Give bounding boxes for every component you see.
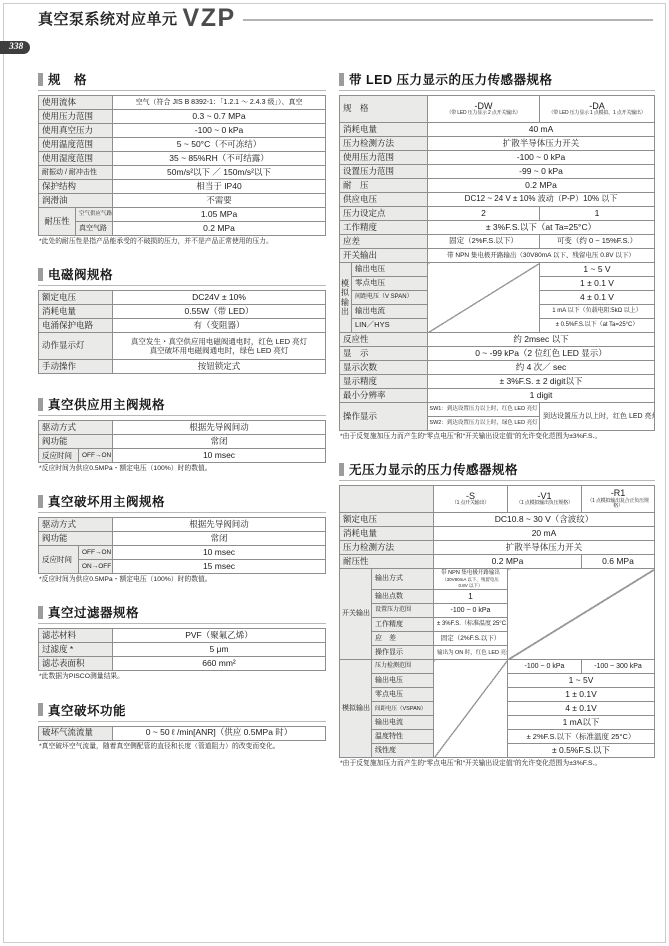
row-value: 50m/s²以下 ／ 150m/s²以下 <box>113 166 326 180</box>
group-label-analog-output: 模拟输出 <box>340 660 372 758</box>
section-bar-icon <box>38 398 43 411</box>
row-value: 约 4 次／ sec <box>428 361 655 375</box>
row-label: 操作显示 <box>340 403 428 431</box>
table-row: 使用流体空气（符合 JIS B 8392-1：「1.2.1 ～ 2.4.3 级」… <box>39 96 326 110</box>
row-label: 应差 <box>340 235 428 249</box>
row-label: 显 示 <box>340 347 428 361</box>
page-title: 真空泵系统对应单元 <box>38 11 178 29</box>
row-label: 使用压力范围 <box>39 110 113 124</box>
section-bar-icon <box>339 463 344 476</box>
row-value: 根据先导阀间动 <box>113 421 326 435</box>
row-value: 5 μm <box>113 643 326 657</box>
table-row: 耐压性0.2 MPa0.6 MPa <box>340 555 655 569</box>
output-method-line: （30V80mA 以下，残留电压 0.8V 以下） <box>437 577 504 588</box>
column-header-v1: -V1（1 点模拟输出负压规格） <box>508 486 582 513</box>
row-label: 使用温度范围 <box>39 138 113 152</box>
row-value-sv: 0.2 MPa <box>434 555 582 569</box>
row-value: 1 ~ 5V <box>508 674 655 688</box>
row-value: 1 ± 0.1V <box>508 688 655 702</box>
row-value: 1 mA以下 <box>508 716 655 730</box>
row-label: 显示次数 <box>340 361 428 375</box>
row-label: 使用真空压力 <box>39 124 113 138</box>
row-value-dw: 固定（2%F.S.以下） <box>428 235 540 249</box>
row-value: 10 msec <box>113 546 326 560</box>
row-value: 扩散半导体压力开关 <box>434 541 655 555</box>
row-value-r1: -100 ~ 300 kPa <box>582 660 655 674</box>
table-row: 设置压力范围-99 ~ 0 kPa <box>340 165 655 179</box>
group-label-switch-output: 开关输出 <box>340 569 372 660</box>
row-value: 相当于 IP40 <box>113 180 326 194</box>
section-title: 真空破坏用主阀规格 <box>48 492 165 510</box>
row-label: 间距电压（V SPAN） <box>352 291 428 305</box>
row-label: 零点电压 <box>372 688 434 702</box>
row-value: PVF（聚氟乙烯） <box>113 629 326 643</box>
table-row: 消耗电量20 mA <box>340 527 655 541</box>
not-applicable-cell <box>508 569 655 660</box>
row-label: 操作显示 <box>372 646 434 660</box>
row-label: 压力设定点 <box>340 207 428 221</box>
row-value-s: 输出为 ON 时，红色 LED 亮灯 <box>434 646 508 660</box>
model-sublabel: （带 LED 压力显示 1 点模拟、1 点开关输出） <box>543 111 651 117</box>
row-label: 驱动方式 <box>39 518 113 532</box>
row-value: DC24V ± 10% <box>113 291 326 305</box>
table-row: 真空气路0.2 MPa <box>39 222 326 236</box>
table-row: 压力设定点21 <box>340 207 655 221</box>
row-label: 滤芯材料 <box>39 629 113 643</box>
group-label-analog-output: 模拟输出 <box>340 263 352 333</box>
row-label: 输出点数 <box>372 590 434 604</box>
table-row: 电涌保护电路有（变阻器） <box>39 319 326 333</box>
model-sublabel: （1 点开关输出） <box>437 501 504 507</box>
section-header-spec: 规 格 <box>38 70 326 91</box>
not-applicable-cell <box>434 660 508 758</box>
table-row: 额定电压DC24V ± 10% <box>39 291 326 305</box>
output-method-line: 带 NPN 集电极开路输出 <box>437 570 504 577</box>
column-header-s: -S（1 点开关输出） <box>434 486 508 513</box>
row-label: 保护结构 <box>39 180 113 194</box>
section-bar-icon <box>38 73 43 86</box>
row-value: ± 3%F.S. ± 2 digit以下 <box>428 375 655 389</box>
row-value: 不需要 <box>113 194 326 208</box>
row-value: 常闭 <box>113 532 326 546</box>
footnote: *反应时间为供应0.5MPa・额定电压（100%）时的数值。 <box>39 576 326 584</box>
row-label: 输出电流 <box>352 305 428 319</box>
row-value: 有（变阻器） <box>113 319 326 333</box>
table-row: 压力检测方法扩散半导体压力开关 <box>340 137 655 151</box>
row-value-da: 可变（约 0 ~ 15%F.S.） <box>540 235 655 249</box>
page-number-badge: 338 <box>0 41 30 54</box>
table-row: 耐压性空气供应气路1.05 MPa <box>39 208 326 222</box>
section-bar-icon <box>38 703 43 716</box>
row-label: 使用湿度范围 <box>39 152 113 166</box>
table-row: 模拟输出 输出电压 1 ~ 5 V <box>340 263 655 277</box>
model-sublabel: （1 点模拟输出负压规格） <box>511 501 578 507</box>
row-label: 手动操作 <box>39 360 113 374</box>
row-label: 温度特性 <box>372 730 434 744</box>
table-row: 保护结构相当于 IP40 <box>39 180 326 194</box>
row-value: 1 digit <box>428 389 655 403</box>
row-value: 15 msec <box>113 560 326 574</box>
table-row: 滤芯表面积660 mm² <box>39 657 326 671</box>
row-value-s: 带 NPN 集电极开路输出 （30V80mA 以下，残留电压 0.8V 以下） <box>434 569 508 590</box>
section-title: 电磁阀规格 <box>48 265 113 283</box>
table-row: 驱动方式根据先导阀间动 <box>39 421 326 435</box>
indicator-line: 真空破坏用电磁阀通电时，绿色 LED 亮灯 <box>116 346 322 355</box>
row-label: 润滑油 <box>39 194 113 208</box>
column-header: 规 格 <box>340 96 428 123</box>
footnote: *反应时间为供应0.5MPa・额定电压（100%）时的数值。 <box>39 465 326 473</box>
row-value: 4 ± 0.1V <box>508 702 655 716</box>
section-header-supply-valve: 真空供应用主阀规格 <box>38 395 326 416</box>
left-column: 规 格 使用流体空气（符合 JIS B 8392-1：「1.2.1 ～ 2.4.… <box>38 70 326 787</box>
row-value: 4 ± 0.1 V <box>540 291 655 305</box>
footnote: *由于反复施加压力而产生的“零点电压”和“开关输出设定值”的允许变化范围为±3%… <box>340 433 655 441</box>
row-label: 耐压性 <box>340 555 434 569</box>
row-label: 阀功能 <box>39 435 113 449</box>
row-value: 常闭 <box>113 435 326 449</box>
footnote: *真空破坏空气流量，随着真空侧配管的直径和长度（管道阻力）的改变而变化。 <box>39 743 326 751</box>
row-value: 0.2 MPa <box>113 222 326 236</box>
table-row: 滤芯材料PVF（聚氟乙烯） <box>39 629 326 643</box>
row-label: 工作精度 <box>340 221 428 235</box>
row-label: 动作显示灯 <box>39 333 113 360</box>
row-label: 设置压力范围 <box>340 165 428 179</box>
row-label: 驱动方式 <box>39 421 113 435</box>
table-row: 反应时间OFF→ON10 msec <box>39 449 326 463</box>
row-label: 工作精度 <box>372 618 434 632</box>
row-label: 输出电压 <box>372 674 434 688</box>
table-row: 压力检测方法扩散半导体压力开关 <box>340 541 655 555</box>
section-title: 带 LED 压力显示的压力传感器规格 <box>349 70 552 88</box>
table-row: 阀功能常闭 <box>39 435 326 449</box>
row-value-dw: SW1：到达设置压力以上时，红色 LED 亮灯 SW2：到达设置压力以上时，绿色… <box>428 403 540 431</box>
row-value: 带 NPN 集电极开路输出（30V80mA 以下、残留电压 0.8V 以下） <box>428 249 655 263</box>
right-column: 带 LED 压力显示的压力传感器规格 规 格 -DW（带 LED 压力显示 2 … <box>339 70 655 787</box>
row-sublabel: 空气供应气路 <box>76 208 113 222</box>
row-label: 阀功能 <box>39 532 113 546</box>
break-function-table: 破坏气流流量0 ~ 50 ℓ /min[ANR]（供应 0.5MPa 时） <box>38 726 326 741</box>
section-header-plain-sensor: 无压力显示的压力传感器规格 <box>339 460 655 481</box>
row-value-v1: -100 ~ 0 kPa <box>508 660 582 674</box>
filter-table: 滤芯材料PVF（聚氟乙烯） 过滤度 *5 μm 滤芯表面积660 mm² <box>38 628 326 671</box>
row-label: 线性度 <box>372 744 434 758</box>
led-sensor-table: 规 格 -DW（带 LED 压力显示 2 点开关输出） -DA（带 LED 压力… <box>339 95 655 431</box>
row-value: DC12 ~ 24 V ± 10% 波动（P-P）10% 以下 <box>428 193 655 207</box>
page-header: 真空泵系统对应单元 VZP <box>38 8 653 29</box>
table-row: 消耗电量0.55W（带 LED） <box>39 305 326 319</box>
table-row: 最小分辨率1 digit <box>340 389 655 403</box>
row-value: 20 mA <box>434 527 655 541</box>
row-value: 0 ~ -99 kPa（2 位红色 LED 显示） <box>428 347 655 361</box>
row-value: ± 3%F.S.以下（at Ta=25°C） <box>428 221 655 235</box>
table-row: 消耗电量40 mA <box>340 123 655 137</box>
table-row: 使用温度范围5 ~ 50°C（不可冻结） <box>39 138 326 152</box>
table-row: 应差固定（2%F.S.以下）可变（约 0 ~ 15%F.S.） <box>340 235 655 249</box>
row-value-s: 1 <box>434 590 508 604</box>
row-label: 使用压力范围 <box>340 151 428 165</box>
row-label: 滤芯表面积 <box>39 657 113 671</box>
row-value-s: -100 ~ 0 kPa <box>434 604 508 618</box>
sw1-indication: SW1：到达设置压力以上时，红色 LED 亮灯 <box>428 403 539 417</box>
section-header-led-sensor: 带 LED 压力显示的压力传感器规格 <box>339 70 655 91</box>
footnote: *由于反复施加压力而产生的“零点电压”和“开关输出设定值”的允许变化范围为±3%… <box>340 760 655 768</box>
row-value-dw: 2 <box>428 207 540 221</box>
row-value: 根据先导阀间动 <box>113 518 326 532</box>
table-row: 模拟输出 压力检测范围 -100 ~ 0 kPa -100 ~ 300 kPa <box>340 660 655 674</box>
row-value: 660 mm² <box>113 657 326 671</box>
row-label: 开关输出 <box>340 249 428 263</box>
row-value: -99 ~ 0 kPa <box>428 165 655 179</box>
row-value: -100 ~ 0 kPa <box>113 124 326 138</box>
row-value: ± 0.5%F.S.以下（at Ta=25°C） <box>540 319 655 333</box>
row-sublabel: OFF→ON <box>79 449 113 463</box>
column-header-blank <box>340 486 434 513</box>
indicator-line: 真空发生・真空供应用电磁阀通电时，红色 LED 亮灯 <box>116 337 322 346</box>
table-row: -S（1 点开关输出） -V1（1 点模拟输出负压规格） -R1（1 点模拟输出… <box>340 486 655 513</box>
plain-sensor-table: -S（1 点开关输出） -V1（1 点模拟输出负压规格） -R1（1 点模拟输出… <box>339 485 655 758</box>
row-value: 按钮锁定式 <box>113 360 326 374</box>
row-sublabel: 真空气路 <box>76 222 113 236</box>
column-header-da: -DA（带 LED 压力显示 1 点模拟、1 点开关输出） <box>540 96 655 123</box>
section-bar-icon <box>38 606 43 619</box>
section-title: 规 格 <box>48 70 87 88</box>
row-value: 1.05 MPa <box>113 208 326 222</box>
row-value: 真空发生・真空供应用电磁阀通电时，红色 LED 亮灯 真空破坏用电磁阀通电时，绿… <box>113 333 326 360</box>
table-row: 耐 压0.2 MPa <box>340 179 655 193</box>
row-label: 电涌保护电路 <box>39 319 113 333</box>
row-label: 设置压力范围 <box>372 604 434 618</box>
table-row: 供应电压DC12 ~ 24 V ± 10% 波动（P-P）10% 以下 <box>340 193 655 207</box>
row-label: 压力检测方法 <box>340 541 434 555</box>
row-value: DC10.8 ~ 30 V（含波纹） <box>434 513 655 527</box>
row-label: 最小分辨率 <box>340 389 428 403</box>
row-label: 压力检测范围 <box>372 660 434 674</box>
table-row: 反应性约 2msec 以下 <box>340 333 655 347</box>
row-value-s: ± 3%F.S.（标准温度 25°C） <box>434 618 508 632</box>
table-row: 耐振动 / 耐冲击性50m/s²以下 ／ 150m/s²以下 <box>39 166 326 180</box>
row-label: 过滤度 * <box>39 643 113 657</box>
row-label: 反应时间 <box>39 546 79 574</box>
row-label: 额定电压 <box>39 291 113 305</box>
table-row: 阀功能常闭 <box>39 532 326 546</box>
model-code: VZP <box>183 8 236 29</box>
row-label: 额定电压 <box>340 513 434 527</box>
model-sublabel: （带 LED 压力显示 2 点开关输出） <box>431 111 536 117</box>
table-row: 反应时间OFF→ON10 msec <box>39 546 326 560</box>
section-bar-icon <box>339 73 344 86</box>
row-value: 0.55W（带 LED） <box>113 305 326 319</box>
footnote: *此数据为PISCO测量结果。 <box>39 673 326 681</box>
row-label: 压力检测方法 <box>340 137 428 151</box>
table-row: 过滤度 *5 μm <box>39 643 326 657</box>
row-label: 显示精度 <box>340 375 428 389</box>
row-value: ± 0.5%F.S.以下 <box>508 744 655 758</box>
spec-table: 使用流体空气（符合 JIS B 8392-1：「1.2.1 ～ 2.4.3 级」… <box>38 95 326 236</box>
row-label: LIN／HYS <box>352 319 428 333</box>
table-row: 操作显示 SW1：到达设置压力以上时，红色 LED 亮灯 SW2：到达设置压力以… <box>340 403 655 431</box>
section-bar-icon <box>38 268 43 281</box>
row-label: 输出电压 <box>352 263 428 277</box>
row-label: 耐 压 <box>340 179 428 193</box>
table-row: 工作精度± 3%F.S.以下（at Ta=25°C） <box>340 221 655 235</box>
row-value: 空气（符合 JIS B 8392-1：「1.2.1 ～ 2.4.3 级」）、真空 <box>113 96 326 110</box>
table-row: 使用压力范围-100 ~ 0 kPa <box>340 151 655 165</box>
row-value: 40 mA <box>428 123 655 137</box>
section-header-break-valve: 真空破坏用主阀规格 <box>38 492 326 513</box>
row-sublabel: OFF→ON <box>79 546 113 560</box>
table-row: 显示精度± 3%F.S. ± 2 digit以下 <box>340 375 655 389</box>
header-rule <box>243 19 653 21</box>
column-header-dw: -DW（带 LED 压力显示 2 点开关输出） <box>428 96 540 123</box>
row-value: 0 ~ 50 ℓ /min[ANR]（供应 0.5MPa 时） <box>113 726 326 740</box>
row-value: 10 msec <box>113 449 326 463</box>
break-valve-table: 驱动方式根据先导阀间动 阀功能常闭 反应时间OFF→ON10 msec ON→O… <box>38 517 326 574</box>
section-title: 无压力显示的压力传感器规格 <box>349 460 518 478</box>
row-label: 反应性 <box>340 333 428 347</box>
row-label: 耐压性 <box>39 208 76 236</box>
section-header-filter: 真空过滤器规格 <box>38 603 326 624</box>
row-label: 输出电流 <box>372 716 434 730</box>
row-value: 1 ~ 5 V <box>540 263 655 277</box>
not-applicable-cell <box>428 263 540 333</box>
row-label: 使用流体 <box>39 96 113 110</box>
section-title: 真空供应用主阀规格 <box>48 395 165 413</box>
table-row: 动作显示灯 真空发生・真空供应用电磁阀通电时，红色 LED 亮灯 真空破坏用电磁… <box>39 333 326 360</box>
table-row: 手动操作按钮锁定式 <box>39 360 326 374</box>
table-row: 使用真空压力-100 ~ 0 kPa <box>39 124 326 138</box>
row-label: 耐振动 / 耐冲击性 <box>39 166 113 180</box>
row-value: 5 ~ 50°C（不可冻结） <box>113 138 326 152</box>
row-label: 零点电压 <box>352 277 428 291</box>
table-row: 破坏气流流量0 ~ 50 ℓ /min[ANR]（供应 0.5MPa 时） <box>39 726 326 740</box>
row-label: 消耗电量 <box>39 305 113 319</box>
row-value-da: 到达设置压力以上时，红色 LED 亮灯 <box>540 403 655 431</box>
row-value-s: 固定（2%F.S.以下） <box>434 632 508 646</box>
footnote: *此处的耐压性是指产品能承受的不破损的压力，并不是产品正常使用的压力。 <box>39 238 326 246</box>
row-value-r1: 0.6 MPa <box>582 555 655 569</box>
section-title: 真空过滤器规格 <box>48 603 139 621</box>
row-value: ± 2%F.S.以下（标准温度 25°C） <box>508 730 655 744</box>
column-header-r1: -R1（1 点模拟输出复合正负压规格） <box>582 486 655 513</box>
row-label: 供应电压 <box>340 193 428 207</box>
row-value: -100 ~ 0 kPa <box>428 151 655 165</box>
table-row: 开关输出 输出方式 带 NPN 集电极开路输出 （30V80mA 以下，残留电压… <box>340 569 655 590</box>
supply-valve-table: 驱动方式根据先导阀间动 阀功能常闭 反应时间OFF→ON10 msec <box>38 420 326 463</box>
row-label: 消耗电量 <box>340 123 428 137</box>
row-value: 1 ± 0.1 V <box>540 277 655 291</box>
row-label: 应 差 <box>372 632 434 646</box>
table-row: 规 格 -DW（带 LED 压力显示 2 点开关输出） -DA（带 LED 压力… <box>340 96 655 123</box>
model-sublabel: （1 点模拟输出复合正负压规格） <box>585 499 651 511</box>
table-row: 驱动方式根据先导阀间动 <box>39 518 326 532</box>
table-row: 显示次数约 4 次／ sec <box>340 361 655 375</box>
table-row: 显 示0 ~ -99 kPa（2 位红色 LED 显示） <box>340 347 655 361</box>
solenoid-table: 额定电压DC24V ± 10% 消耗电量0.55W（带 LED） 电涌保护电路有… <box>38 290 326 374</box>
section-title: 真空破坏功能 <box>48 701 126 719</box>
row-value: 0.2 MPa <box>428 179 655 193</box>
section-bar-icon <box>38 495 43 508</box>
row-value: 1 mA 以下（负载电阻:5kΩ 以上） <box>540 305 655 319</box>
table-row: 使用湿度范围35 ~ 85%RH（不可结露） <box>39 152 326 166</box>
row-value: 35 ~ 85%RH（不可结露） <box>113 152 326 166</box>
row-label: 反应时间 <box>39 449 79 463</box>
table-row: ON→OFF15 msec <box>39 560 326 574</box>
row-value: 约 2msec 以下 <box>428 333 655 347</box>
table-row: 使用压力范围0.3 ~ 0.7 MPa <box>39 110 326 124</box>
table-row: 额定电压DC10.8 ~ 30 V（含波纹） <box>340 513 655 527</box>
row-value: 0.3 ~ 0.7 MPa <box>113 110 326 124</box>
section-header-solenoid: 电磁阀规格 <box>38 265 326 286</box>
row-label: 消耗电量 <box>340 527 434 541</box>
table-row: 润滑油不需要 <box>39 194 326 208</box>
table-row: 开关输出带 NPN 集电极开路输出（30V80mA 以下、残留电压 0.8V 以… <box>340 249 655 263</box>
row-value-da: 1 <box>540 207 655 221</box>
section-header-break-function: 真空破坏功能 <box>38 701 326 722</box>
row-label: 间距电压（VSPAN） <box>372 702 434 716</box>
row-label: 输出方式 <box>372 569 434 590</box>
row-sublabel: ON→OFF <box>79 560 113 574</box>
sw2-indication: SW2：到达设置压力以上时，绿色 LED 亮灯 <box>428 417 539 430</box>
row-label: 破坏气流流量 <box>39 726 113 740</box>
row-value: 扩散半导体压力开关 <box>428 137 655 151</box>
content-columns: 规 格 使用流体空气（符合 JIS B 8392-1：「1.2.1 ～ 2.4.… <box>38 70 655 787</box>
